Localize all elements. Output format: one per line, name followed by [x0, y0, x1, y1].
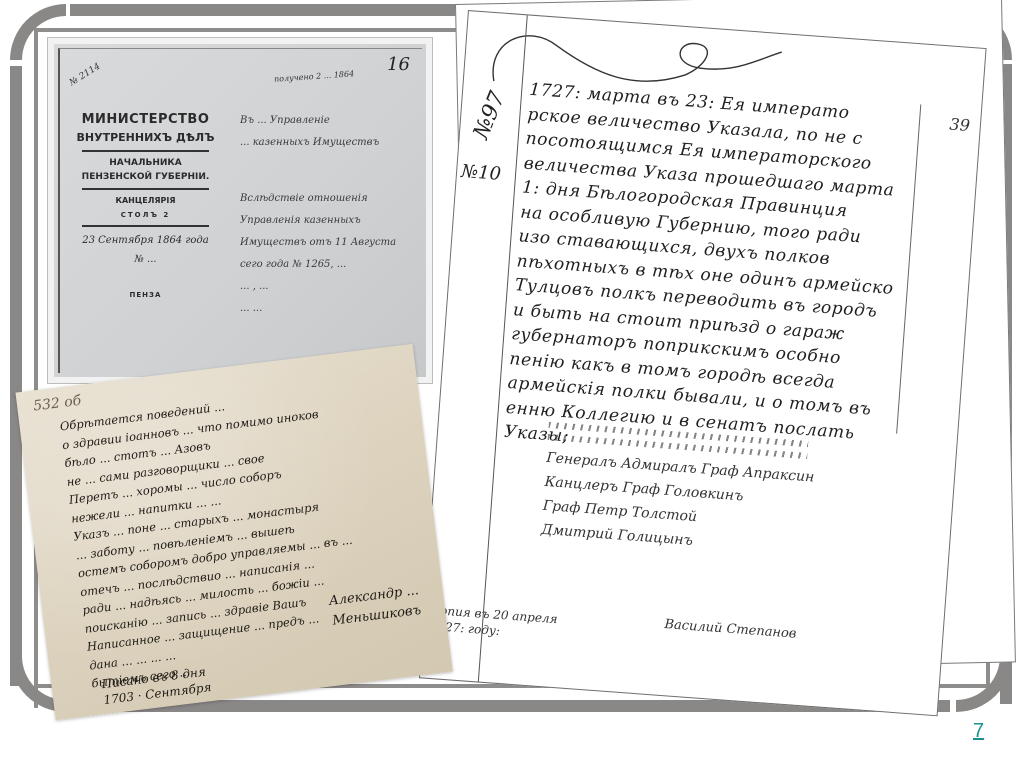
folio-number: 16 — [387, 54, 410, 75]
letterhead-divider — [82, 188, 209, 190]
side-number-97: №97 — [469, 88, 511, 143]
decree-text: 1727: марта въ 23: Ея императо рское вел… — [503, 78, 929, 474]
letter-line: сего года № 1265, ... — [240, 254, 430, 276]
letterhead-province: ПЕНЗЕНСКОЙ ГУБЕРНІИ. — [68, 172, 223, 182]
letterhead-internal-affairs: ВНУТРЕННИХЪ ДѢЛЪ — [68, 131, 223, 144]
letter-number-signature: № ... — [68, 254, 223, 265]
decree-signatures: Генералъ Адмиралъ Граф Апраксин Канцлеръ… — [540, 416, 868, 565]
document-decree-1727: №97 №10 39 1727: марта въ 23: Ея императ… — [419, 10, 987, 716]
letter-line: Вслѣдствіе отношенія — [240, 188, 430, 210]
letterhead-governor: НАЧАЛЬНИКА — [68, 158, 223, 168]
letterhead-desk: СТОЛЪ 2 — [68, 211, 223, 219]
letter-body: Въ ... Управленіе ... казенныхъ Имуществ… — [240, 110, 430, 320]
clerk-signature: Василий Степанов — [664, 617, 797, 642]
frame-left-inner-line — [34, 28, 38, 708]
letterhead-divider — [82, 225, 209, 227]
letter-line: ... , ... — [240, 276, 430, 298]
letter-line: Въ ... Управленіе — [240, 110, 430, 132]
letterhead-ministry: МИНИСТЕРСТВО — [68, 112, 223, 127]
parchment-text: Обрѣтается поведений ... о здравии іоанн… — [59, 375, 440, 693]
letter-line: Управленія казенныхъ — [240, 210, 430, 232]
parchment-folio: 532 об — [32, 393, 82, 415]
letter-line: Имуществъ отъ 11 Августа — [240, 232, 430, 254]
letter-line: ... казенныхъ Имуществъ — [240, 132, 430, 154]
letterhead: МИНИСТЕРСТВО ВНУТРЕННИХЪ ДѢЛЪ НАЧАЛЬНИКА… — [68, 112, 223, 299]
document-parchment-1703: 532 об Обрѣтается поведений ... о здрави… — [16, 344, 453, 720]
side-number-10: №10 — [460, 161, 501, 185]
letter-city: ПЕНЗА — [68, 291, 223, 299]
letter-date: 23 Сентября 1864 года — [68, 235, 223, 246]
page-corner-number: 39 — [949, 115, 971, 135]
letterhead-divider — [82, 150, 209, 152]
letterhead-chancellery: КАНЦЕЛЯРІЯ — [68, 196, 223, 205]
letter-line: ... ... — [240, 298, 430, 320]
frame-corner-bottom-right — [956, 656, 1012, 712]
document-ministry-letter: № 2114 16 получено 2 ... 1864 МИНИСТЕРСТ… — [48, 38, 432, 383]
slide-page-number[interactable]: 7 — [973, 720, 984, 743]
frame-left-bar — [10, 66, 22, 686]
